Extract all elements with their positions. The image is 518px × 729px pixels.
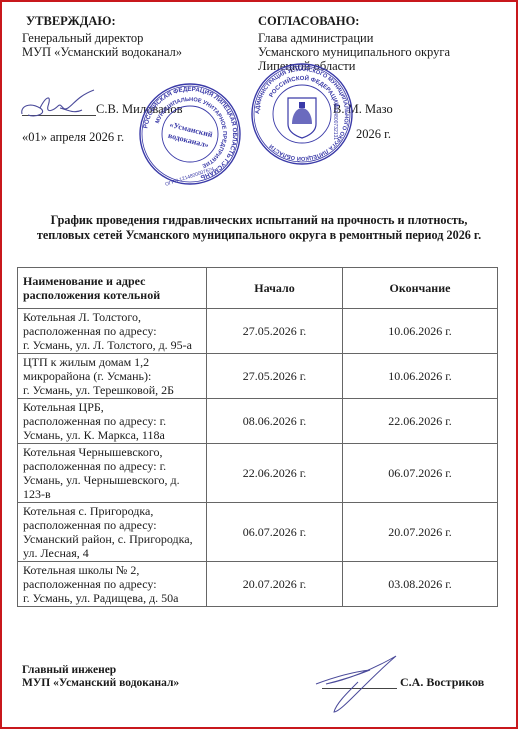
approve-signature-icon	[18, 88, 98, 123]
cell-name-address: Котельная Чернышевского,расположенная по…	[18, 444, 207, 503]
cell-start-date: 27.05.2026 г.	[207, 354, 343, 399]
approve-heading: УТВЕРЖДАЮ:	[26, 14, 116, 29]
schedule-table: Наименование и адрес расположения котель…	[17, 267, 498, 607]
cell-name-address: Котельная школы № 2,расположенная по адр…	[18, 562, 207, 607]
document-title-line2: тепловых сетей Усманского муниципального…	[0, 228, 518, 243]
header-name-address: Наименование и адрес расположения котель…	[18, 268, 207, 309]
cell-name-address: ЦТП к жилым домам 1,2микрорайона (г. Усм…	[18, 354, 207, 399]
right-stamp-code: 1024800732131	[332, 104, 338, 140]
footer-signature-icon	[312, 654, 402, 714]
cell-name-address: Котельная Л. Толстого,расположенная по а…	[18, 309, 207, 354]
cell-end-date: 06.07.2026 г.	[343, 444, 498, 503]
table-header-row: Наименование и адрес расположения котель…	[18, 268, 498, 309]
table-row: Котельная Чернышевского,расположенная по…	[18, 444, 498, 503]
cell-end-date: 10.06.2026 г.	[343, 309, 498, 354]
cell-end-date: 10.06.2026 г.	[343, 354, 498, 399]
footer-position-line2: МУП «Усманский водоканал»	[22, 677, 179, 689]
cell-start-date: 20.07.2026 г.	[207, 562, 343, 607]
table-row: Котельная Л. Толстого,расположенная по а…	[18, 309, 498, 354]
agree-heading: СОГЛАСОВАНО:	[258, 14, 359, 29]
table-row: ЦТП к жилым домам 1,2микрорайона (г. Усм…	[18, 354, 498, 399]
cell-start-date: 06.07.2026 г.	[207, 503, 343, 562]
header-start: Начало	[207, 268, 343, 309]
agree-position-line1: Глава администрации	[258, 31, 373, 46]
cell-end-date: 20.07.2026 г.	[343, 503, 498, 562]
document-title: График проведения гидравлических испытан…	[0, 213, 518, 243]
cell-end-date: 22.06.2026 г.	[343, 399, 498, 444]
cell-start-date: 27.05.2026 г.	[207, 309, 343, 354]
approve-date: «01» апреля 2026 г.	[22, 130, 124, 145]
coat-of-arms-icon	[288, 98, 316, 138]
approve-position-line1: Генеральный директор	[22, 31, 143, 46]
table-row: Котельная ЦРБ,расположенная по адресу: г…	[18, 399, 498, 444]
agree-position-line2: Усманского муниципального округа	[258, 45, 450, 60]
document-title-line1: График проведения гидравлических испытан…	[0, 213, 518, 228]
cell-start-date: 22.06.2026 г.	[207, 444, 343, 503]
table-row: Котельная школы № 2,расположенная по адр…	[18, 562, 498, 607]
cell-end-date: 03.08.2026 г.	[343, 562, 498, 607]
footer-position-line1: Главный инженер	[22, 664, 116, 676]
cell-start-date: 08.06.2026 г.	[207, 399, 343, 444]
footer-signer-name: С.А. Востриков	[400, 675, 484, 690]
right-stamp-icon: АДМИНИСТРАЦИЯ УСМАНСКОГО МУНИЦИПАЛЬНОГО …	[250, 62, 354, 166]
agree-date: 2026 г.	[356, 127, 391, 142]
cell-name-address: Котельная с. Пригородка,расположенная по…	[18, 503, 207, 562]
left-stamp-icon: РОССИЙСКАЯ ФЕДЕРАЦИЯ ЛИПЕЦКАЯ ОБЛАСТЬ Г.…	[138, 82, 242, 186]
header-end: Окончание	[343, 268, 498, 309]
cell-name-address: Котельная ЦРБ,расположенная по адресу: г…	[18, 399, 207, 444]
table-row: Котельная с. Пригородка,расположенная по…	[18, 503, 498, 562]
approve-position-line2: МУП «Усманский водоканал»	[22, 45, 182, 60]
